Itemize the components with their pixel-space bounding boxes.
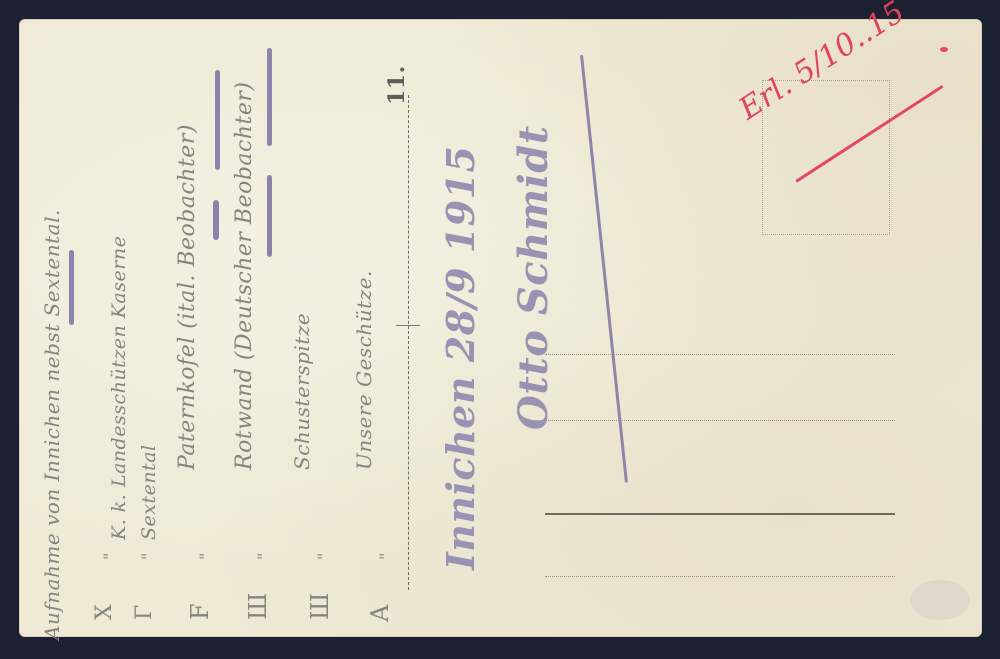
entry-text-2: Sextental (138, 444, 160, 540)
entry-mark-2: Γ (132, 604, 157, 620)
center-divider (408, 95, 409, 590)
entry-text-4: Rotwand (Deutscher Beobachter) (232, 82, 257, 470)
entry-text-3: Paternkofel (ital. Beobachter) (175, 124, 200, 470)
ditto-1: " (100, 552, 119, 560)
address-line-3 (545, 513, 895, 515)
underline-ital (213, 200, 219, 240)
underline-beobachter-1 (215, 70, 220, 170)
entry-mark-4: Ш (244, 592, 272, 620)
page-number: 11. (384, 65, 410, 105)
heading-line: Aufnahme von Innichen nebst Sextental. (40, 209, 64, 640)
red-stroke-end (940, 47, 948, 52)
signature: Otto Schmidt (510, 125, 557, 430)
address-line-1 (545, 354, 895, 355)
ditto-2: " (138, 552, 157, 560)
ditto-4: " (254, 552, 273, 560)
divider-tick (396, 325, 420, 326)
underline-deutscher (267, 175, 272, 257)
entry-mark-6: A (366, 604, 394, 622)
paper-stain (910, 580, 970, 620)
entry-mark-5: Ш (306, 592, 334, 620)
entry-mark-3: F (186, 603, 214, 620)
ditto-3: " (196, 552, 215, 560)
entry-mark-1: X (92, 604, 117, 620)
entry-text-5: Schusterspitze (290, 313, 314, 470)
underline-innichen (69, 250, 74, 325)
underline-beobachter-2 (267, 48, 272, 146)
entry-text-1: K. k. Landesschützen Kaserne (108, 236, 130, 540)
address-line-2 (530, 420, 895, 421)
ditto-6: " (376, 552, 395, 560)
place-date: Innichen 28/9 1915 (438, 146, 483, 570)
entry-text-6: Unsere Geschütze. (352, 270, 376, 470)
ditto-5: " (314, 552, 333, 560)
address-line-4 (545, 576, 895, 577)
